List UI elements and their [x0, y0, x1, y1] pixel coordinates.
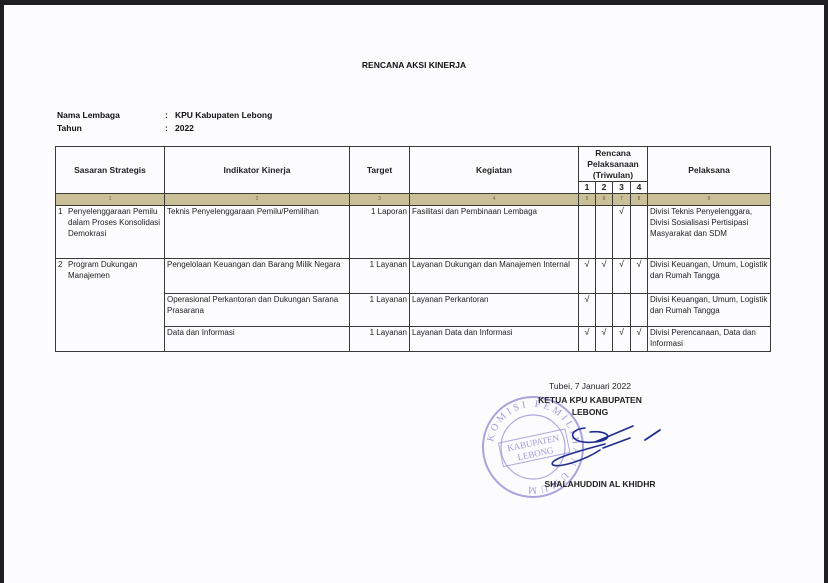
- triwulan-3-cell: √: [613, 327, 631, 352]
- sasaran-number: 2: [58, 259, 68, 281]
- triwulan-3-cell: √: [613, 259, 631, 294]
- kegiatan-cell: Layanan Dukungan dan Manajemen Internal: [410, 259, 579, 294]
- header-pelaksana: Pelaksana: [648, 147, 771, 194]
- indikator-cell: Data dan Informasi: [165, 327, 350, 352]
- triwulan-4-cell: √: [631, 259, 648, 294]
- target-cell: 1 Layanan: [350, 259, 410, 294]
- indikator-cell: Teknis Penyelenggaraan Pemilu/Pemilihan: [165, 206, 350, 259]
- column-number: 2: [165, 194, 350, 206]
- target-cell: 1 Layanan: [350, 327, 410, 352]
- meta-value: KPU Kabupaten Lebong: [175, 110, 272, 120]
- table-row: 1Penyelenggaraan Pemilu dalam Proses Kon…: [56, 206, 771, 259]
- target-cell: 1 Laporan: [350, 206, 410, 259]
- triwulan-3-cell: [613, 294, 631, 327]
- triwulan-2-cell: √: [596, 259, 613, 294]
- sasaran-text: Program Dukungan Manajemen: [68, 259, 162, 281]
- triwulan-4-cell: √: [631, 327, 648, 352]
- indikator-cell: Pengelolaan Keuangan dan Barang Milik Ne…: [165, 259, 350, 294]
- triwulan-1-cell: √: [579, 327, 596, 352]
- pelaksana-cell: Divisi Teknis Penyelenggara, Divisi Sosi…: [648, 206, 771, 259]
- meta-label: Nama Lembaga: [57, 110, 165, 120]
- pelaksana-cell: Divisi Keuangan, Umum, Logistik dan Ruma…: [648, 259, 771, 294]
- meta-year: Tahun:2022: [57, 123, 194, 133]
- triwulan-3-cell: √: [613, 206, 631, 259]
- column-number: 4: [410, 194, 579, 206]
- column-number: 9: [648, 194, 771, 206]
- column-number: 3: [350, 194, 410, 206]
- sasaran-strategis-cell: 1Penyelenggaraan Pemilu dalam Proses Kon…: [56, 206, 165, 259]
- header-triwulan-3: 3: [613, 182, 631, 194]
- kegiatan-cell: Layanan Data dan Informasi: [410, 327, 579, 352]
- column-number: 6: [596, 194, 613, 206]
- indikator-cell: Operasional Perkantoran dan Dukungan Sar…: [165, 294, 350, 327]
- header-triwulan-2: 2: [596, 182, 613, 194]
- sasaran-number: 1: [58, 206, 68, 239]
- triwulan-4-cell: [631, 206, 648, 259]
- triwulan-1-cell: √: [579, 259, 596, 294]
- signatory-name: SHALAHUDDIN AL KHIDHR: [530, 479, 670, 489]
- column-number: 8: [631, 194, 648, 206]
- signature-place-date: Tubei, 7 Januari 2022: [520, 381, 660, 391]
- pelaksana-cell: Divisi Perencanaan, Data dan Informasi: [648, 327, 771, 352]
- header-rencana: Rencana Pelaksanaan (Triwulan): [579, 147, 648, 182]
- meta-value: 2022: [175, 123, 194, 133]
- sasaran-strategis-cell: 2Program Dukungan Manajemen: [56, 259, 165, 352]
- handwritten-signature: [545, 420, 665, 475]
- meta-institution: Nama Lembaga:KPU Kabupaten Lebong: [57, 110, 272, 120]
- sasaran-text: Penyelenggaraan Pemilu dalam Proses Kons…: [68, 206, 162, 239]
- header-triwulan-4: 4: [631, 182, 648, 194]
- column-number: 1: [56, 194, 165, 206]
- table-row: 2Program Dukungan ManajemenPengelolaan K…: [56, 259, 771, 294]
- column-number: 7: [613, 194, 631, 206]
- header-indikator: Indikator Kinerja: [165, 147, 350, 194]
- column-number: 5: [579, 194, 596, 206]
- signature-role: KETUA KPU KABUPATEN LEBONG: [520, 394, 660, 418]
- header-target: Target: [350, 147, 410, 194]
- kegiatan-cell: Layanan Perkantoran: [410, 294, 579, 327]
- triwulan-1-cell: [579, 206, 596, 259]
- pelaksana-cell: Divisi Keuangan, Umum, Logistik dan Ruma…: [648, 294, 771, 327]
- kegiatan-cell: Fasilitasi dan Pembinaan Lembaga: [410, 206, 579, 259]
- header-kegiatan: Kegiatan: [410, 147, 579, 194]
- rencana-aksi-table: Sasaran Strategis Indikator Kinerja Targ…: [55, 146, 771, 352]
- meta-label: Tahun: [57, 123, 165, 133]
- triwulan-4-cell: [631, 294, 648, 327]
- triwulan-2-cell: [596, 294, 613, 327]
- target-cell: 1 Layanan: [350, 294, 410, 327]
- header-triwulan-1: 1: [579, 182, 596, 194]
- header-sasaran: Sasaran Strategis: [56, 147, 165, 194]
- document-title: RENCANA AKSI KINERJA: [0, 60, 828, 70]
- triwulan-2-cell: √: [596, 327, 613, 352]
- triwulan-2-cell: [596, 206, 613, 259]
- triwulan-1-cell: √: [579, 294, 596, 327]
